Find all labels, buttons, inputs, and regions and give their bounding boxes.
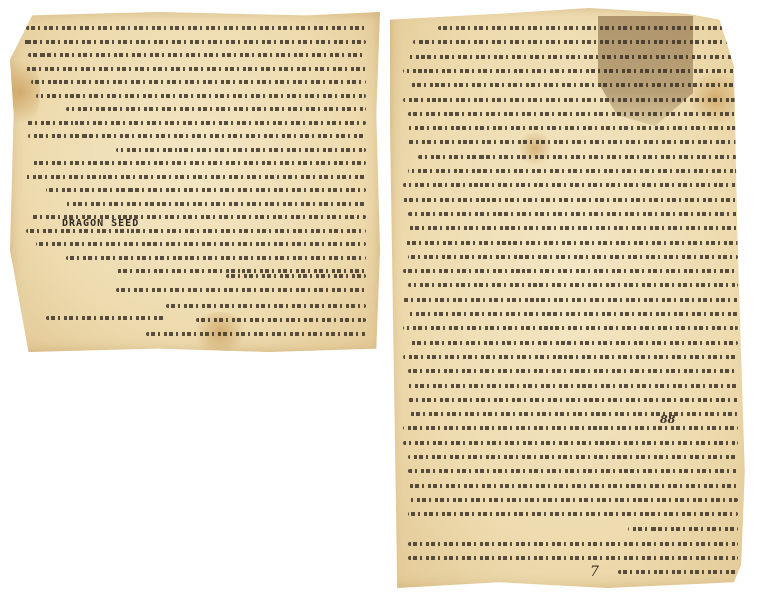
handwritten-line bbox=[413, 36, 738, 47]
handwritten-line bbox=[66, 103, 366, 114]
ink-stroke bbox=[408, 255, 738, 259]
ink-stroke bbox=[46, 316, 166, 320]
handwritten-line bbox=[408, 451, 738, 462]
ink-stroke bbox=[21, 40, 366, 44]
handwritten-line bbox=[408, 308, 738, 319]
handwritten-line bbox=[26, 117, 366, 128]
ink-stroke bbox=[403, 198, 738, 202]
handwritten-line bbox=[166, 300, 366, 311]
ink-stroke bbox=[28, 134, 366, 138]
ink-stroke bbox=[413, 40, 738, 44]
ink-stroke bbox=[408, 384, 738, 388]
handwritten-line bbox=[116, 144, 366, 155]
ink-stroke bbox=[408, 498, 738, 502]
handwritten-text-block bbox=[10, 12, 380, 352]
ink-stroke bbox=[196, 318, 366, 322]
letter-page-left: DRAGON SEED bbox=[10, 12, 380, 352]
ink-stroke bbox=[408, 341, 738, 345]
ink-stroke bbox=[408, 556, 738, 560]
handwritten-line bbox=[116, 284, 366, 295]
ink-stroke bbox=[403, 441, 738, 445]
ink-stroke bbox=[166, 304, 366, 308]
ink-stroke bbox=[408, 212, 738, 216]
handwritten-line bbox=[28, 49, 366, 60]
ink-stroke bbox=[438, 26, 738, 30]
ink-stroke bbox=[408, 369, 738, 373]
handwritten-line bbox=[66, 252, 366, 263]
ink-stroke bbox=[24, 67, 366, 71]
ink-stroke bbox=[408, 226, 738, 230]
ink-stroke bbox=[408, 112, 738, 116]
ink-stroke bbox=[403, 298, 738, 302]
handwritten-line bbox=[408, 208, 738, 219]
ink-stroke bbox=[408, 312, 738, 316]
handwritten-line bbox=[408, 480, 738, 491]
ink-stroke bbox=[408, 169, 738, 173]
handwritten-line bbox=[36, 238, 366, 249]
ink-stroke bbox=[36, 242, 366, 246]
ink-stroke bbox=[116, 148, 366, 152]
handwritten-line bbox=[403, 179, 738, 190]
page-mark: 7 bbox=[590, 564, 599, 580]
handwritten-line bbox=[618, 566, 738, 577]
ink-stroke bbox=[403, 269, 738, 273]
handwritten-line bbox=[21, 36, 366, 47]
ink-stroke bbox=[408, 126, 738, 130]
handwritten-line bbox=[628, 523, 738, 534]
handwritten-line bbox=[196, 314, 366, 325]
handwritten-line bbox=[408, 494, 738, 505]
handwritten-line bbox=[403, 265, 738, 276]
handwritten-line bbox=[408, 79, 738, 90]
ink-stroke bbox=[408, 398, 738, 402]
ink-stroke bbox=[66, 256, 366, 260]
ink-stroke bbox=[66, 107, 366, 111]
ink-stroke bbox=[408, 283, 738, 287]
ink-stroke bbox=[31, 80, 366, 84]
handwritten-line bbox=[403, 94, 738, 105]
ink-stroke bbox=[26, 175, 366, 179]
handwritten-line bbox=[24, 63, 366, 74]
handwritten-line bbox=[408, 552, 738, 563]
handwritten-line bbox=[408, 136, 738, 147]
letter-page-right: 88 7 bbox=[390, 8, 752, 588]
ink-stroke bbox=[66, 202, 366, 206]
handwritten-line bbox=[408, 51, 738, 62]
handwritten-text-block bbox=[390, 8, 752, 588]
handwritten-line bbox=[408, 222, 738, 233]
handwritten-line bbox=[403, 237, 738, 248]
handwritten-line bbox=[403, 194, 738, 205]
ink-stroke bbox=[408, 512, 738, 516]
ink-stroke bbox=[226, 274, 366, 278]
ink-stroke bbox=[408, 55, 738, 59]
ink-stroke bbox=[26, 121, 366, 125]
handwritten-line bbox=[403, 351, 738, 362]
handwritten-line bbox=[26, 171, 366, 182]
ink-stroke bbox=[408, 83, 738, 87]
handwritten-line bbox=[408, 365, 738, 376]
ink-stroke bbox=[628, 527, 738, 531]
number-in-text: 88 bbox=[660, 413, 675, 426]
ink-stroke bbox=[26, 229, 366, 233]
ink-stroke bbox=[618, 570, 738, 574]
handwritten-line bbox=[408, 508, 738, 519]
ink-stroke bbox=[408, 484, 738, 488]
handwritten-line bbox=[408, 408, 738, 419]
ink-stroke bbox=[30, 161, 366, 165]
handwritten-line bbox=[408, 122, 738, 133]
ink-stroke bbox=[408, 542, 738, 546]
handwritten-line bbox=[30, 157, 366, 168]
handwritten-line bbox=[408, 108, 738, 119]
handwritten-line bbox=[36, 90, 366, 101]
ink-stroke bbox=[403, 241, 738, 245]
ink-stroke bbox=[403, 355, 738, 359]
handwritten-line bbox=[66, 198, 366, 209]
handwritten-line bbox=[408, 394, 738, 405]
ink-stroke bbox=[408, 469, 738, 473]
ink-stroke bbox=[146, 332, 366, 336]
handwritten-line bbox=[403, 65, 738, 76]
ink-stroke bbox=[46, 188, 366, 192]
handwritten-line bbox=[408, 279, 738, 290]
handwritten-line bbox=[46, 184, 366, 195]
ink-stroke bbox=[26, 26, 366, 30]
ink-stroke bbox=[418, 155, 738, 159]
handwritten-line bbox=[31, 76, 366, 87]
handwritten-line bbox=[403, 294, 738, 305]
signature bbox=[46, 312, 166, 323]
ink-stroke bbox=[403, 98, 738, 102]
ink-stroke bbox=[36, 94, 366, 98]
ink-stroke bbox=[403, 183, 738, 187]
handwritten-line bbox=[226, 270, 366, 281]
handwritten-line bbox=[26, 22, 366, 33]
handwritten-line bbox=[408, 165, 738, 176]
ink-stroke bbox=[408, 140, 738, 144]
ink-stroke bbox=[403, 426, 738, 430]
handwritten-line bbox=[403, 322, 738, 333]
handwritten-line bbox=[28, 130, 366, 141]
ink-stroke bbox=[28, 53, 366, 57]
handwritten-line bbox=[403, 437, 738, 448]
handwritten-line bbox=[408, 538, 738, 549]
handwritten-line bbox=[408, 465, 738, 476]
handwritten-line bbox=[408, 337, 738, 348]
handwritten-line bbox=[438, 22, 738, 33]
handwritten-line bbox=[418, 151, 738, 162]
handwritten-line bbox=[408, 380, 738, 391]
ink-stroke bbox=[403, 69, 738, 73]
handwritten-line bbox=[408, 251, 738, 262]
handwritten-line bbox=[146, 328, 366, 339]
handwritten-line bbox=[403, 422, 738, 433]
ink-stroke bbox=[116, 288, 366, 292]
ink-stroke bbox=[408, 455, 738, 459]
latin-text-dragon-seed: DRAGON SEED bbox=[62, 218, 139, 229]
ink-stroke bbox=[403, 326, 738, 330]
ink-stroke bbox=[408, 412, 738, 416]
